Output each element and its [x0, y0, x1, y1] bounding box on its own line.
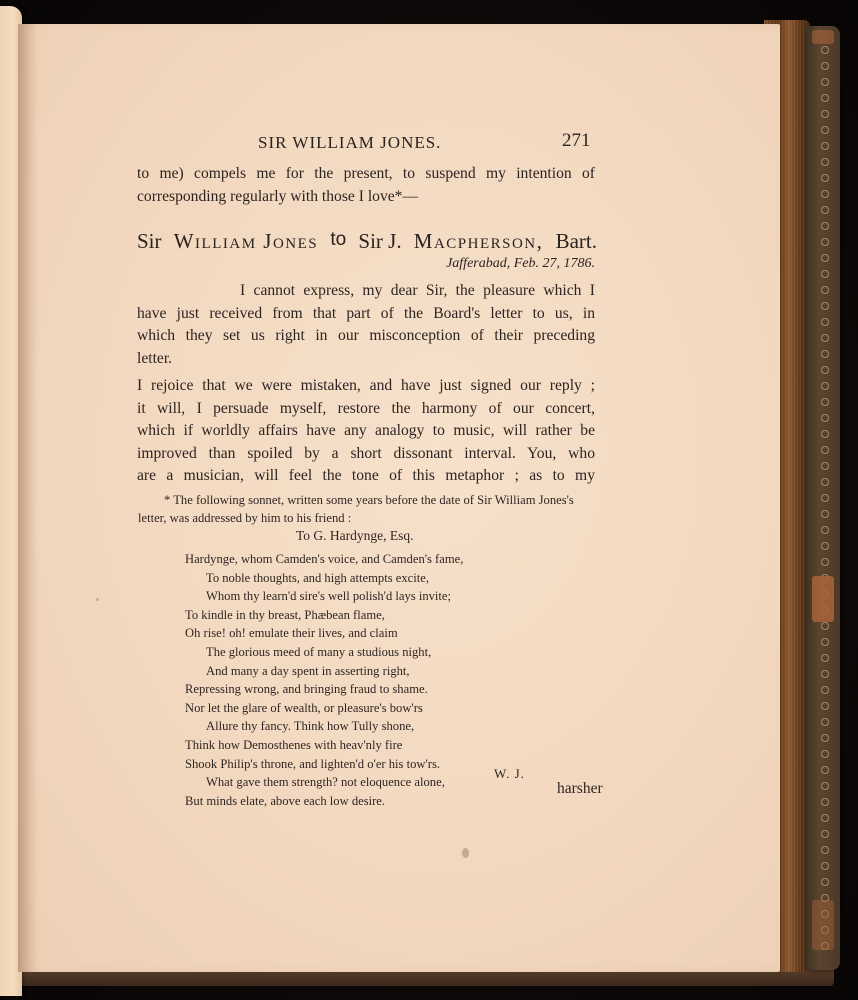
foxing-spot [462, 848, 469, 858]
leather-wear-mark [812, 900, 834, 950]
text-line: I cannot express, my dear Sir, the pleas… [137, 280, 595, 303]
sonnet-title: To G. Hardynge, Esq. [296, 528, 414, 544]
leather-wear-mark [812, 30, 834, 44]
gutter-shadow [18, 24, 38, 972]
heading-title: Bart. [556, 229, 597, 254]
letter-paragraph-1: I cannot express, my dear Sir, the pleas… [137, 280, 595, 370]
text-line: it will, I persuade myself, restore the … [137, 398, 595, 421]
text-line: improved than spoiled by a short dissona… [137, 443, 595, 466]
letter-paragraph-2: I rejoice that we were mistaken, and hav… [137, 375, 595, 488]
verse-line: Repressing wrong, and bringing fraud to … [185, 680, 463, 699]
verse-line: The glorious meed of many a studious nig… [185, 643, 463, 662]
verse-line: Whom thy learn'd sire's well polish'd la… [185, 587, 463, 606]
leather-wear-mark [812, 576, 834, 622]
verse-line: To noble thoughts, and high attempts exc… [185, 569, 463, 588]
text-line: I rejoice that we were mistaken, and hav… [137, 375, 595, 398]
sonnet-signature: W. J. [494, 766, 525, 782]
verse-line: Oh rise! oh! emulate their lives, and cl… [185, 624, 463, 643]
text-line: which if worldly affairs have any analog… [137, 420, 595, 443]
text-line: to me) compels me for the present, to su… [137, 163, 595, 186]
footnote-line: * The following sonnet, written some yea… [138, 491, 602, 509]
text-line: letter. [137, 348, 595, 371]
catchword: harsher [557, 780, 603, 798]
verse-line: Think how Demosthenes with heav'nly fire [185, 736, 463, 755]
heading-sir: Sir [137, 229, 162, 254]
sonnet: Hardynge, whom Camden's voice, and Camde… [185, 550, 463, 810]
text-line: have just received from that part of the… [137, 303, 595, 326]
page-number: 271 [562, 130, 591, 152]
footnote-intro: * The following sonnet, written some yea… [138, 491, 602, 527]
foxing-spot [96, 598, 99, 601]
verse-line: What gave them strength? not eloquence a… [185, 773, 463, 792]
text-line: are a musician, will feel the tone of th… [137, 465, 595, 488]
gilt-tooling-ornament [818, 42, 832, 952]
heading-recipient-name: Macpherson, [414, 229, 544, 254]
verse-line: But minds elate, above each low desire. [185, 792, 463, 811]
heading-sir-j: Sir J. [358, 229, 401, 254]
verse-line: Shook Philip's throne, and lighten'd o'e… [185, 755, 463, 774]
running-head: SIR WILLIAM JONES. [258, 133, 441, 153]
letter-heading: Sir William Jones to Sir J. Macpherson, … [137, 229, 597, 254]
heading-sender-name: William Jones [174, 229, 318, 254]
text-line: corresponding regularly with those I lov… [137, 186, 595, 209]
verse-line: Nor let the glare of wealth, or pleasure… [185, 699, 463, 718]
verse-line: And many a day spent in asserting right, [185, 662, 463, 681]
continuation-paragraph: to me) compels me for the present, to su… [137, 163, 595, 208]
verse-line: Hardynge, whom Camden's voice, and Camde… [185, 550, 463, 569]
verse-line: Allure thy fancy. Think how Tully shone, [185, 717, 463, 736]
letter-dateline: Jafferabad, Feb. 27, 1786. [420, 256, 595, 272]
footnote-line: letter, was addressed by him to his frie… [138, 509, 602, 527]
text-line: which they set us right in our misconcep… [137, 325, 595, 348]
verse-line: To kindle in thy breast, Phæbean flame, [185, 606, 463, 625]
heading-to: to [330, 229, 346, 254]
